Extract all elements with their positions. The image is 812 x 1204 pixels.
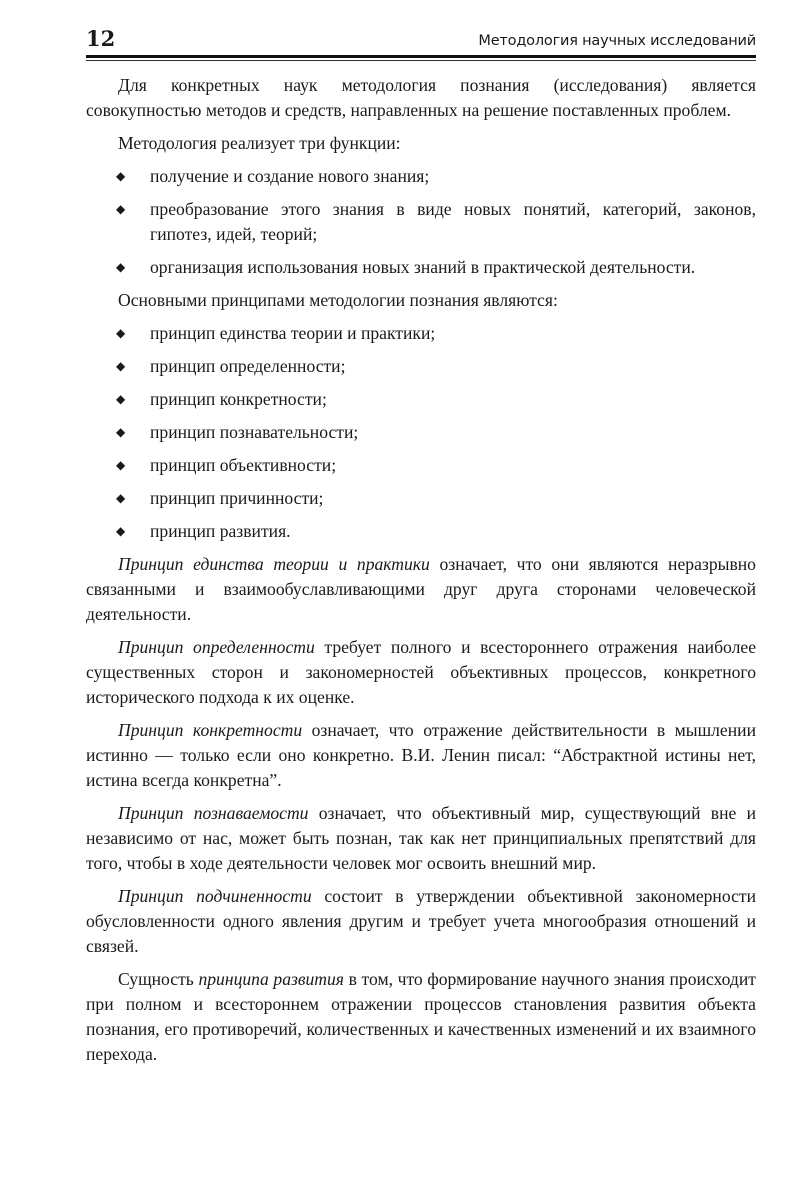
principle-term: Принцип познаваемости <box>118 803 308 823</box>
principle-term: Принцип единства теории и практики <box>118 554 430 574</box>
list-item: ◆принцип конкретности; <box>86 387 756 412</box>
diamond-bullet-icon: ◆ <box>116 453 125 478</box>
page-number: 12 <box>86 28 115 50</box>
page-body: Для конкретных наук методология познания… <box>86 73 756 1067</box>
principle-paragraph: Принцип единства теории и практики означ… <box>86 552 756 627</box>
list-item: ◆принцип причинности; <box>86 486 756 511</box>
diamond-bullet-icon: ◆ <box>116 354 125 379</box>
principles-list: ◆принцип единства теории и практики; ◆пр… <box>86 321 756 544</box>
running-title: Методология научных исследований <box>478 32 756 50</box>
functions-lead: Методология реализует три функции: <box>86 131 756 156</box>
list-item: ◆получение и создание нового знания; <box>86 164 756 189</box>
diamond-bullet-icon: ◆ <box>116 486 125 511</box>
principle-paragraph: Принцип конкретности означает, что отраж… <box>86 718 756 793</box>
list-item: ◆организация использования новых знаний … <box>86 255 756 280</box>
list-item: ◆принцип развития. <box>86 519 756 544</box>
diamond-bullet-icon: ◆ <box>116 197 125 222</box>
header-rule-thick <box>86 55 756 58</box>
list-item: ◆принцип познавательности; <box>86 420 756 445</box>
principle-paragraph: Принцип подчиненности состоит в утвержде… <box>86 884 756 959</box>
intro-paragraph: Для конкретных наук методология познания… <box>86 73 756 123</box>
functions-list: ◆получение и создание нового знания; ◆пр… <box>86 164 756 280</box>
diamond-bullet-icon: ◆ <box>116 164 125 189</box>
list-item: ◆преобразование этого знания в виде новы… <box>86 197 756 247</box>
diamond-bullet-icon: ◆ <box>116 420 125 445</box>
diamond-bullet-icon: ◆ <box>116 519 125 544</box>
principle-term: Принцип подчиненности <box>118 886 312 906</box>
principle-term: принципа развития <box>198 969 344 989</box>
list-item: ◆принцип объективности; <box>86 453 756 478</box>
list-item: ◆принцип определенности; <box>86 354 756 379</box>
book-page: 12 Методология научных исследований Для … <box>86 26 756 1075</box>
principle-paragraph: Принцип познаваемости означает, что объе… <box>86 801 756 876</box>
principle-paragraph: Сущность принципа развития в том, что фо… <box>86 967 756 1067</box>
diamond-bullet-icon: ◆ <box>116 321 125 346</box>
diamond-bullet-icon: ◆ <box>116 255 125 280</box>
principles-lead: Основными принципами методологии познани… <box>86 288 756 313</box>
header-rule-thin <box>86 60 756 61</box>
principle-paragraph: Принцип определенности требует полного и… <box>86 635 756 710</box>
diamond-bullet-icon: ◆ <box>116 387 125 412</box>
list-item: ◆принцип единства теории и практики; <box>86 321 756 346</box>
page-header: 12 Методология научных исследований <box>86 26 756 50</box>
principle-term: Принцип определенности <box>118 637 315 657</box>
principle-term: Принцип конкретности <box>118 720 302 740</box>
